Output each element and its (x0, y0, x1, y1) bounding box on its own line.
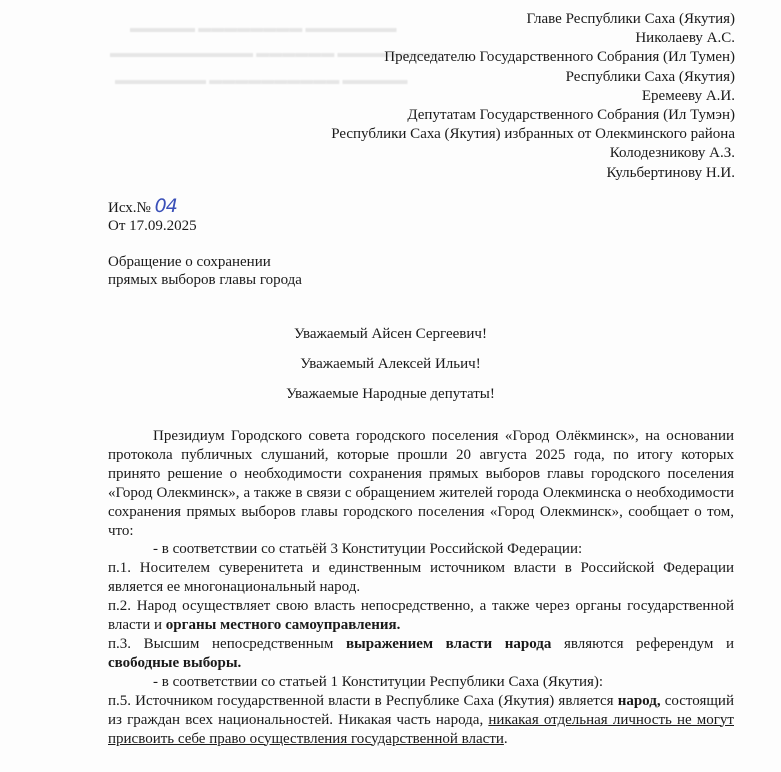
rf-constitution-header: - в соответствии со статьёй 3 Конституци… (108, 540, 734, 559)
clause-5: п.5. Источником государственной власти в… (108, 692, 734, 749)
letter-page: Главе Республики Саха (Якутия) Николаеву… (0, 0, 781, 772)
clause-1: п.1. Носителем суверенитета и единственн… (108, 559, 734, 597)
letter-body: Президиум Городского совета городского п… (108, 427, 734, 748)
clause-3-bold: свободные выборы. (108, 655, 241, 671)
clause-3-text: п.3. Высшим непосредственным (108, 636, 346, 652)
outgoing-reference: Исх.№ 04 От 17.09.2025 (108, 197, 197, 235)
addressee-line: Колодезникову А.З. (331, 144, 735, 163)
addressee-line: Еремееву А.И. (331, 87, 735, 106)
clause-5-bold: народ, (618, 693, 661, 709)
addressee-line: Кульбертинову Н.И. (331, 164, 735, 183)
ys-constitution-header: - в соответствии со статьей 1 Конституци… (108, 673, 734, 692)
clause-2-bold: органы местного самоуправления. (166, 617, 401, 633)
salutation: Уважаемый Айсен Сергеевич! (0, 325, 781, 355)
addressee-line: Депутатам Государственного Собрания (Ил … (331, 106, 735, 125)
handwritten-number: 04 (155, 195, 177, 217)
addressee-line: Главе Республики Саха (Якутия) (331, 10, 735, 29)
subject-line: прямых выборов главы города (108, 271, 302, 289)
clause-2: п.2. Народ осуществляет свою власть непо… (108, 597, 734, 635)
intro-paragraph: Президиум Городского совета городского п… (108, 427, 734, 540)
outgoing-number-label: Исх.№ (108, 200, 151, 216)
salutation: Уважаемые Народные депутаты! (0, 385, 781, 415)
addressee-line: Председателю Государственного Собрания (… (331, 48, 735, 67)
clause-5-text: п.5. Источником государственной власти в… (108, 693, 618, 709)
salutations: Уважаемый Айсен Сергеевич! Уважаемый Але… (0, 325, 781, 415)
salutation: Уважаемый Алексей Ильич! (0, 355, 781, 385)
subject-line: Обращение о сохранении (108, 253, 302, 271)
clause-3-bold: выражением власти народа (346, 636, 551, 652)
addressee-line: Республики Саха (Якутия) избранных от Ол… (331, 125, 735, 144)
addressee-block: Главе Республики Саха (Якутия) Николаеву… (331, 10, 735, 183)
addressee-line: Николаеву А.С. (331, 29, 735, 48)
addressee-line: Республики Саха (Якутия) (331, 68, 735, 87)
letter-subject: Обращение о сохранении прямых выборов гл… (108, 253, 302, 289)
clause-3-text: являются референдум и (551, 636, 734, 652)
outgoing-date: От 17.09.2025 (108, 217, 197, 235)
clause-5-end: . (504, 731, 508, 747)
clause-3: п.3. Высшим непосредственным выражением … (108, 635, 734, 673)
